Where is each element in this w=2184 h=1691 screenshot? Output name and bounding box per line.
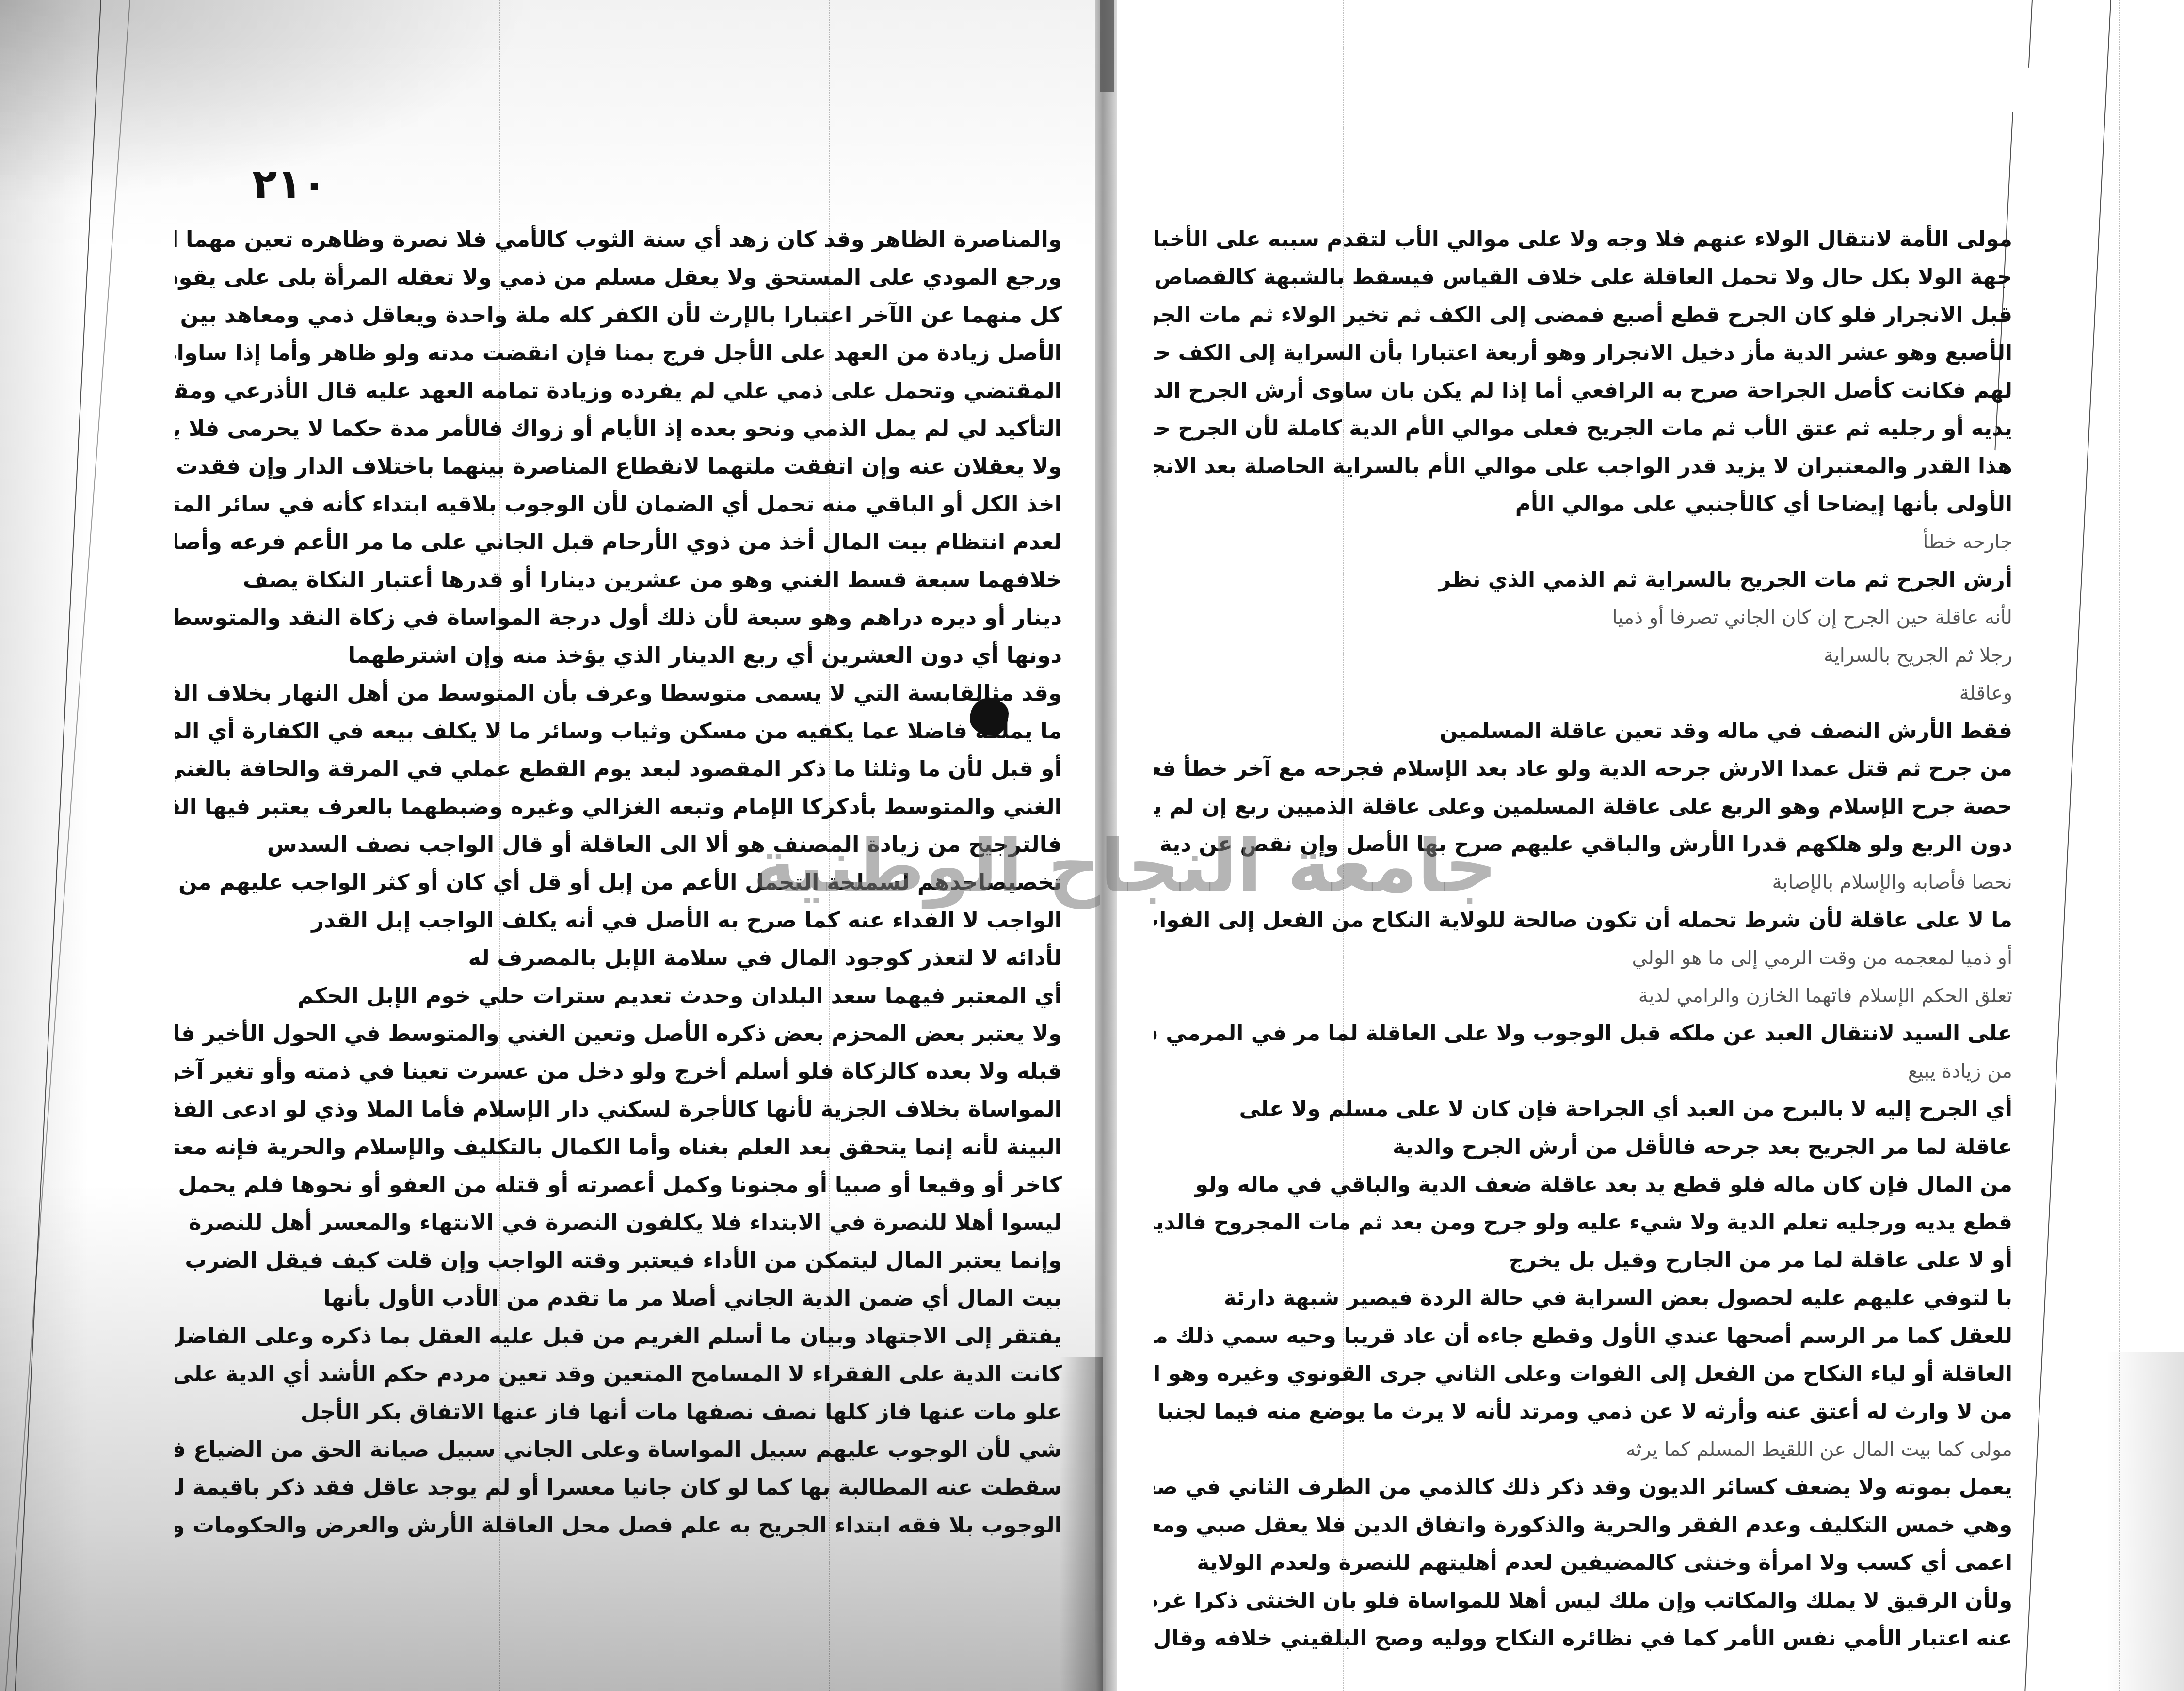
manuscript-line: ما يملكه فاضلا عما يكفيه من مسكن وثياب و… [175, 712, 1062, 750]
manuscript-line: المقتضي وتحمل على ذمي علي لم يفرده وزياد… [175, 372, 1062, 410]
manuscript-line: من لا وارث له أعتق عنه وأرثه لا عن ذمي و… [1154, 1393, 2012, 1431]
manuscript-line: الأصبع وهو عشر الدية مأز دخيل الانجرار و… [1154, 334, 2012, 372]
manuscript-line: هذا القدر والمعتبران لا يزيد قدر الواجب … [1154, 447, 2012, 485]
manuscript-line: اعمى أي كسب ولا امرأة وخنثى كالمضيفين لع… [1154, 1544, 2012, 1582]
manuscript-line: للعقل كما مر الرسم أصحها عندي الأول وقطع… [1154, 1317, 2012, 1355]
manuscript-line: دونها أي دون العشرين أي ربع الدينار الذي… [175, 637, 1062, 674]
folio-number: ٢١٠ [252, 160, 327, 207]
manuscript-line: المواساة بخلاف الجزية لأنها كالأجرة لسكن… [175, 1090, 1062, 1128]
manuscript-line: على السيد لانتقال العبد عن ملكه قبل الوج… [1154, 1015, 2012, 1053]
manuscript-line: التأكيد لي لم يمل الذمي ونحو بعده إذ الأ… [175, 410, 1062, 447]
manuscript-line: يعمل بموته ولا يضعف كسائر الديون وقد ذكر… [1154, 1468, 2012, 1506]
manuscript-line: الغني والمتوسط بأدكركا الإمام وتبعه الغز… [175, 788, 1062, 826]
manuscript-line: ليسوا أهلا للنصرة في الابتداء فلا يكلفون… [175, 1204, 1062, 1242]
manuscript-line: كاخر أو وقيعا أو صبيا أو مجنونا وكمل أعص… [175, 1166, 1062, 1204]
manuscript-line: لأدائه لا لتعذر كوجود المال في سلامة الإ… [175, 939, 1062, 977]
manuscript-line: كل منهما عن الآخر اعتبارا بالإرث لأن الك… [175, 296, 1062, 334]
manuscript-line: ولا يعقلان عنه وإن اتفقت ملتهما لانقطاع … [175, 447, 1062, 485]
manuscript-line: أو لا على عاقلة لما مر من الجارح وقيل بل… [1154, 1242, 2012, 1279]
manuscript-line: أي المعتبر فيهما سعد البلدان وحدث تعديم … [175, 977, 1062, 1015]
manuscript-line: والمناصرة الظاهر وقد كان زهد أي سنة الثو… [175, 221, 1062, 258]
book-gutter-top-shadow [1100, 0, 1114, 92]
ink-blot [970, 698, 1009, 736]
manuscript-line: علو مات عنها فاز كلها نصف نصفها مات أنها… [175, 1393, 1062, 1431]
manuscript-line: البينة لأنه إنما يتحقق بعد العلم بغناه و… [175, 1128, 1062, 1166]
manuscript-line: خلافهما سبعة قسط الغني وهو من عشرين دينا… [175, 561, 1062, 599]
manuscript-line: ورجع المودي على المستحق ولا يعقل مسلم من… [175, 258, 1062, 296]
manuscript-line: الأولى بأنها إيضاحا أي كالأجنبي على موال… [1154, 485, 2012, 523]
manuscript-line: رجلا ثم الجريح بالسراية [1154, 637, 2012, 674]
manuscript-line: اخذ الكل أو الباقي منه تحمل أي الضمان لأ… [175, 485, 1062, 523]
university-watermark: جامعة النجاح الوطنية [737, 824, 1513, 909]
manuscript-line: أي الجرح إليه لا بالبرح من العبد أي الجر… [1154, 1090, 2012, 1128]
manuscript-line: لهم فكانت كأصل الجراحة صرح به الرافعي أم… [1154, 372, 2012, 410]
manuscript-spread: ٢١٠ والمناصرة الظاهر وقد كان زهد أي سنة … [0, 0, 2184, 1691]
manuscript-line: حصة جرح الإسلام وهو الربع على عاقلة المس… [1154, 788, 2012, 826]
manuscript-line: من المال فإن كان ماله فلو قطع يد بعد عاق… [1154, 1166, 2012, 1204]
book-gutter-bottom-shadow [1060, 1357, 1103, 1691]
manuscript-line: بيت المال أي ضمن الدية الجاني أصلا مر ما… [175, 1279, 1062, 1317]
scan-streak [2119, 0, 2120, 1691]
manuscript-line: وعاقلة [1154, 674, 2012, 712]
manuscript-line: قبله ولا بعده كالزكاة فلو أسلم أخرج ولو … [175, 1053, 1062, 1090]
page-edge-line-right-short [2028, 0, 2033, 68]
manuscript-line: الأصل زيادة من العهد على الأجل فرج بمنا … [175, 334, 1062, 372]
manuscript-line: قطع يديه ورجليه تعلم الدية ولا شيء عليه … [1154, 1204, 2012, 1242]
manuscript-line: أو ذميا لمعجمه من وقت الرمي إلى ما هو ال… [1154, 939, 2012, 977]
manuscript-line: ولأن الرقيق لا يملك والمكاتب وإن ملك ليس… [1154, 1582, 2012, 1620]
manuscript-line: قبل الانجرار فلو كان الجرح قطع أصبع فمضى… [1154, 296, 2012, 334]
manuscript-line: دينار أو ديره دراهم وهو سبعة لأن ذلك أول… [175, 599, 1062, 637]
manuscript-line: لعدم انتظام بيت المال أخذ من ذوي الأرحام… [175, 523, 1062, 561]
page-edge-line-left [15, 0, 101, 1691]
manuscript-line: كانت الدية على الفقراء لا المسامح المتعي… [175, 1355, 1062, 1393]
scan-shading-bottom-right [2106, 1352, 2184, 1691]
manuscript-line: الوجوب بلا فقه ابتداء الجريح به علم فصل … [175, 1506, 1062, 1544]
manuscript-line: مولى الأمة لانتقال الولاء عنهم فلا وجه و… [1154, 221, 2012, 258]
manuscript-line: يديه أو رجليه ثم عتق الأب ثم مات الجريح … [1154, 410, 2012, 447]
manuscript-line: ولا يعتبر بعض المحزم بعض ذكره الأصل وتعي… [175, 1015, 1062, 1053]
manuscript-line: مولى كما بيت المال عن اللقيط المسلم كما … [1154, 1431, 2012, 1468]
manuscript-line: وإنما يعتبر المال ليتمكن من الأداء فيعتب… [175, 1242, 1062, 1279]
manuscript-line: من جرح ثم قتل عمدا الارش جرحه الدية ولو … [1154, 750, 2012, 788]
manuscript-line: من زيادة يبيع [1154, 1053, 2012, 1090]
manuscript-line: لأنه عاقلة حين الجرح إن كان الجاني تصرفا… [1154, 599, 2012, 637]
manuscript-line: عاقلة لما مر الجريح بعد جرحه فالأقل من أ… [1154, 1128, 2012, 1166]
manuscript-line: وهي خمس التكليف وعدم الفقر والحرية والذك… [1154, 1506, 2012, 1544]
manuscript-line: جارحه خطأ [1154, 523, 2012, 561]
page-edge-line-left-inner [5, 0, 130, 1691]
page-edge-line-right [2024, 0, 2111, 1691]
manuscript-line: وقد مثالقابسة التي لا يسمى متوسطا وعرف ب… [175, 674, 1062, 712]
manuscript-line: يفتقر إلى الاجتهاد وبيان ما أسلم الغريم … [175, 1317, 1062, 1355]
manuscript-line: فقط الأرش النصف في ماله وقد تعين عاقلة ا… [1154, 712, 2012, 750]
manuscript-line: أو قبل لأن ما وثلثا ما ذكر المقصود لبعد … [175, 750, 1062, 788]
manuscript-line: شي لأن الوجوب عليهم سبيل المواساة وعلى ا… [175, 1431, 1062, 1468]
manuscript-line: أرش الجرح ثم مات الجريح بالسراية ثم الذم… [1154, 561, 2012, 599]
right-page-text: مولى الأمة لانتقال الولاء عنهم فلا وجه و… [1154, 221, 2012, 1658]
manuscript-line: عنه اعتبار الأمي نفس الأمر كما في نظائره… [1154, 1620, 2012, 1658]
manuscript-line: سقطت عنه المطالبة بها كما لو كان جانيا م… [175, 1468, 1062, 1506]
manuscript-line: جهة الولا بكل حال ولا تحمل العاقلة على خ… [1154, 258, 2012, 296]
manuscript-line: العاقلة أو لياء النكاح من الفعل إلى الفو… [1154, 1355, 2012, 1393]
manuscript-line: با لتوفي عليهم عليه لحصول بعض السراية في… [1154, 1279, 2012, 1317]
manuscript-line: تعلق الحكم الإسلام فاتهما الخازن والرامي… [1154, 977, 2012, 1015]
